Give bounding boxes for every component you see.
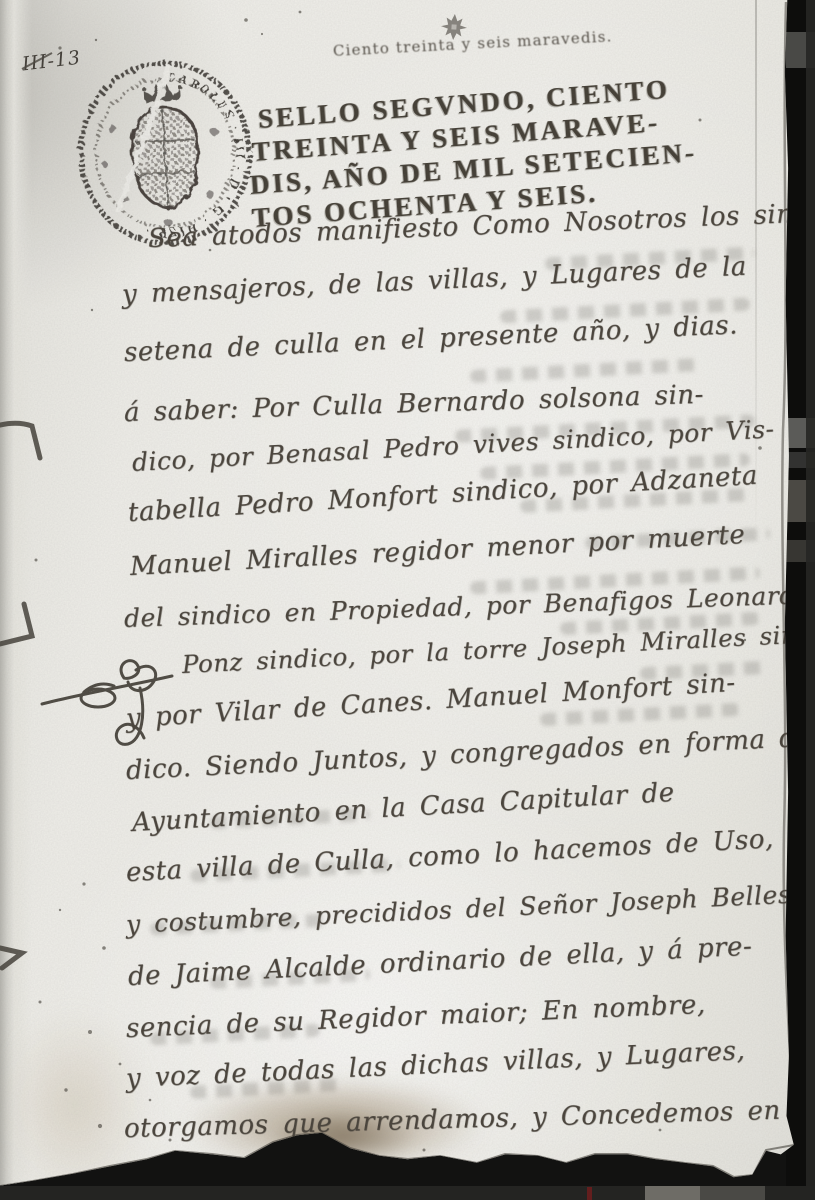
- scan-red-mark: [587, 1187, 592, 1200]
- scan-artifact-segment: [700, 1186, 765, 1200]
- left-margin-ink-stroke-1: [0, 423, 40, 458]
- left-margin-ink-stroke-3: [0, 948, 22, 968]
- scan-background-edge: [806, 0, 815, 1200]
- scanned-manuscript-page: Ciento treinta y seis maravedis. III-13 …: [0, 0, 815, 1200]
- torn-edge-contour: [0, 1133, 794, 1186]
- left-margin-ink-stroke-2: [0, 604, 32, 644]
- scan-artifact-segment: [645, 1186, 700, 1200]
- paper-sheet: Ciento treinta y seis maravedis. III-13 …: [0, 0, 815, 1200]
- scan-background-bottom: [0, 1186, 815, 1200]
